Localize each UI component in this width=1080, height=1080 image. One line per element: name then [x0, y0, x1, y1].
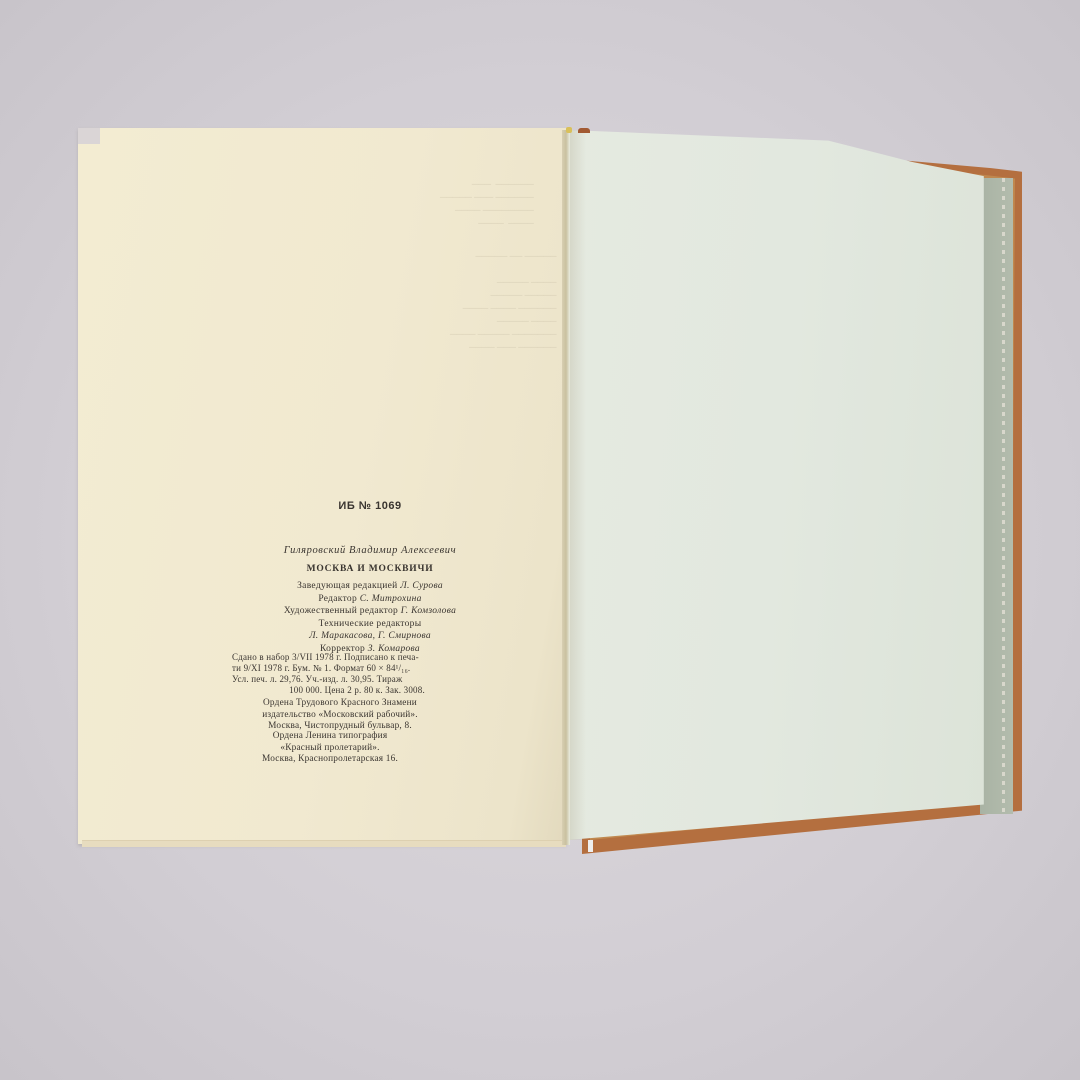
left-page-bottom-edge [82, 840, 566, 847]
printer-line: «Красный пролетарий». [205, 743, 455, 755]
printer-info: Ордена Ленина типография «Красный пролет… [205, 731, 455, 766]
staff-line: Заведующая редакцией Л. Сурова [200, 580, 540, 593]
staff-line: Редактор С. Митрохина [200, 593, 540, 606]
author-name: Гиляровский Владимир Алексеевич [200, 545, 540, 556]
headband [566, 127, 572, 133]
endpaper-strip [980, 178, 1013, 814]
book-title: МОСКВА И МОСКВИЧИ [200, 564, 540, 574]
publisher-info: Ордена Трудового Красного Знамени издате… [215, 698, 465, 733]
spine-top [578, 128, 590, 133]
editorial-staff: Заведующая редакцией Л. Сурова Редактор … [200, 580, 540, 656]
book-photo-scene: ────── ─── ────── ─── ───── ──────── ───… [0, 0, 1080, 1080]
publisher-line: Ордена Трудового Красного Знамени [215, 698, 465, 710]
show-through-text: ───── ── ───── ──── ───── ───── ───── ──… [450, 250, 557, 354]
ib-number: ИБ № 1069 [200, 500, 540, 512]
printer-line: Москва, Краснопролетарская 16. [205, 754, 455, 766]
print-line: 100 000. Цена 2 р. 80 к. Зак. 3008. [232, 685, 482, 696]
hinge-tab [588, 840, 593, 852]
staff-line: Художественный редактор Г. Комзолова [200, 605, 540, 618]
print-line: Усл. печ. л. 29,76. Уч.-изд. л. 30,95. Т… [232, 674, 482, 685]
endpaper-torn-edge [1002, 178, 1005, 814]
publisher-line: издательство «Московский рабочий». [215, 710, 465, 722]
staff-line: Технические редакторы [200, 618, 540, 631]
print-line: Сдано в набор 3/VII 1978 г. Подписано к … [232, 652, 482, 663]
print-details: Сдано в набор 3/VII 1978 г. Подписано к … [232, 652, 482, 696]
right-page-blank [568, 130, 988, 840]
staff-line: Л. Маракасова, Г. Смирнова [200, 630, 540, 643]
left-page-corner-step [78, 128, 100, 144]
print-line: ти 9/XI 1978 г. Бум. № 1. Формат 60 × 84… [232, 663, 482, 674]
gutter-shadow [568, 130, 586, 840]
printer-line: Ордена Ленина типография [205, 731, 455, 743]
book-gutter [562, 130, 570, 845]
show-through-text: ────── ─── ────── ─── ───── ──────── ───… [440, 178, 534, 230]
